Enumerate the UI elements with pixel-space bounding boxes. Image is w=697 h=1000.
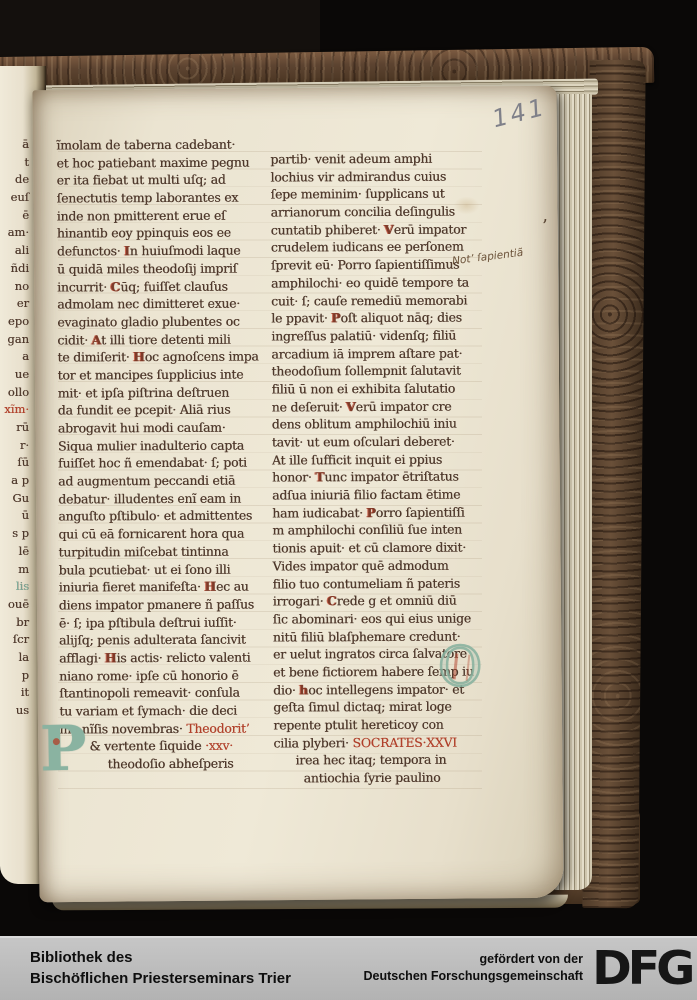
manuscript-line: At ille ſufficit inquit ei ppius: [272, 450, 486, 469]
manuscript-line: arrianorum concilia deſingulis: [271, 203, 485, 222]
funding-line1: gefördert von der: [364, 951, 584, 968]
manuscript-text: ĩmolam de taberna cadebant·: [56, 137, 235, 153]
facing-page-fragment: r·: [2, 437, 29, 455]
manuscript-text: cuntatib phiberet·: [271, 222, 385, 238]
manuscript-text: dio·: [273, 682, 299, 697]
manuscript-text: orro ſapientiſſi: [376, 504, 465, 519]
manuscript-text: fuiſſet hoc ñ emendabat· ſ; poti: [58, 455, 247, 471]
manuscript-text: ūq; fuiſſet clauſus: [120, 278, 227, 294]
manuscript-line: qui cū eā fornicarent hora qua: [58, 525, 270, 544]
left-page-fragments: ātdeeuſēam·aliñdinoerepoganaueolloxĩm·rū…: [2, 136, 29, 720]
manuscript-line: & vertente ſiquide ·xxv·: [89, 737, 271, 756]
manuscript-text: bula pcutiebat· ut ei ſono illi: [59, 561, 231, 577]
manuscript-text: iniuria fieret manifeſta·: [59, 579, 205, 595]
manuscript-text: theodoſio abheſperis: [108, 756, 234, 772]
manuscript-text: adſua iniuriā filio factam ētime: [272, 487, 460, 503]
manuscript-text: m amphilochi conſiliū ſue inten: [272, 522, 462, 538]
manuscript-line: irrogari· Crede g et omniū diū: [273, 592, 487, 611]
illuminated-initial-p: P: [39, 718, 87, 781]
manuscript-line: tu variam et ſymach· die deci: [59, 701, 271, 720]
manuscript-line: ad augmentum peccandi etiā: [58, 472, 270, 491]
facing-page-fragment: ā: [2, 136, 29, 154]
manuscript-line: anguſto pſtibulo· et admittentes: [58, 507, 270, 526]
manuscript-line: turpitudin miſcebat tintinna: [58, 542, 270, 561]
facing-page-fragment: p: [2, 667, 29, 685]
manuscript-text: C: [327, 593, 337, 608]
manuscript-text: ne deſeruit·: [272, 399, 347, 414]
manuscript-text: A: [92, 332, 102, 347]
manuscript-line: irea hec itaq; tempora in: [295, 751, 487, 770]
manuscript-text: P: [367, 505, 376, 520]
facing-page-fragment: am·: [2, 224, 29, 242]
manuscript-text: H: [133, 349, 145, 364]
manuscript-text: er ita fiebat ut multi uſq; ad: [57, 172, 226, 188]
manuscript-line: hinantib eoy ppinquis eos ee: [57, 224, 269, 243]
manuscript-line: tavit· ut eum oſculari deberet·: [272, 432, 486, 451]
manuscript-text: ham iudicabat·: [272, 505, 366, 520]
facing-page-fragment: xĩm·: [2, 401, 29, 419]
facing-page-fragment: br: [2, 614, 29, 632]
manuscript-line: Siqua mulier inadulterio capta: [58, 436, 270, 455]
manuscript-text: tionis apuit· et cū clamore dixit·: [272, 540, 466, 556]
facing-page-fragment: Gu: [2, 490, 29, 508]
manuscript-text: diens impator pmanere ñ paſſus: [59, 596, 254, 612]
manuscript-line: diens impator pmanere ñ paſſus: [59, 595, 271, 614]
manuscript-line: lochius vir admirandus cuius: [270, 167, 484, 186]
manuscript-text: oc agnoſcens impa: [145, 349, 259, 365]
facing-page-fragment: ſcr: [2, 631, 29, 649]
manuscript-text: cuit· ſ; cauſe remediū memorabi: [271, 292, 467, 308]
manuscript-line: cuntatib phiberet· Verū impator: [271, 220, 485, 239]
manuscript-text: et hoc patiebant maxime pegnu: [56, 154, 249, 170]
manuscript-text: honor·: [272, 470, 315, 485]
facing-page-fragment: t: [2, 154, 29, 172]
manuscript-text: cidit·: [57, 332, 91, 347]
facing-page-fragment: m: [2, 561, 29, 579]
library-credit: Bibliothek des Bischöflichen Priestersem…: [30, 947, 291, 989]
facing-page-fragment: ue: [2, 366, 29, 384]
manuscript-line: ma nĩſis novembras· Theodorit’: [59, 719, 271, 738]
manuscript-text: admolam nec dimitteret exue·: [57, 296, 240, 312]
manuscript-line: Vides impator quē admodum: [272, 556, 486, 575]
manuscript-line: le ppavit· Poſt aliquot nāq; dies: [271, 309, 485, 328]
manuscript-text: erū impator cre: [356, 398, 452, 414]
manuscript-line: cidit· At illi tiore detenti mili: [57, 330, 269, 349]
manuscript-text: ſenectutis temp laborantes ex: [57, 190, 239, 206]
manuscript-text: partib· venit adeum amphi: [270, 151, 432, 167]
manuscript-line: fuiſſet hoc ñ emendabat· ſ; poti: [58, 454, 270, 473]
manuscript-line: inde non pmitterent erue eſ: [57, 206, 269, 225]
facing-page-fragment: ſū: [2, 454, 29, 472]
manuscript-text: Vides impator quē admodum: [272, 557, 448, 573]
manuscript-text: unc impator ētriſtatus: [324, 469, 458, 485]
manuscript-line: ſic abominari· eos qui eius unige: [273, 609, 487, 628]
manuscript-line: theodoſio abheſperis: [108, 755, 272, 774]
manuscript-line: ſtantinopoli remeavit· conſula: [59, 684, 271, 703]
manuscript-text: is actis· relicto valenti: [116, 649, 250, 665]
manuscript-text: evaginato gladio plubentes oc: [57, 313, 239, 329]
funding-line2: Deutschen Forschungsgemeinschaft: [364, 968, 584, 985]
manuscript-text: erū impator: [394, 221, 466, 236]
facing-page-fragment: gan: [2, 331, 29, 349]
facing-page-fragment: it: [2, 684, 29, 702]
manuscript-text: dens oblitum amphilochiū iniu: [272, 416, 457, 432]
manuscript-text: Siqua mulier inadulterio capta: [58, 437, 244, 453]
manuscript-line: debatur· illudentes enĩ eam in: [58, 489, 270, 508]
manuscript-line: antiochia ſyrie paulino: [304, 768, 488, 787]
manuscript-text: arcadium iā imprem aſtare pat·: [271, 345, 462, 361]
manuscript-line: afflagi· His actis· relicto valenti: [59, 648, 271, 667]
manuscript-text: H: [204, 579, 216, 594]
digitization-banner: Bibliothek des Bischöflichen Priestersem…: [0, 936, 697, 1000]
manuscript-line: filiū ū non ei exhibita ſalutatio: [272, 379, 486, 398]
manuscript-text: irea hec itaq; tempora in: [295, 752, 446, 768]
manuscript-text: debatur· illudentes enĩ eam in: [58, 490, 241, 506]
manuscript-text: tor et mancipes ſupplicius inte: [58, 367, 244, 383]
manuscript-line: admolam nec dimitteret exue·: [57, 295, 269, 314]
facing-page-fragment: ē: [2, 207, 29, 225]
manuscript-text: niano rome· ipſe cū honorio ē: [59, 667, 238, 683]
manuscript-text: amphilochi· eo quidē tempore ta: [271, 274, 469, 290]
manuscript-line: ſepe meminim· ſupplicans ut: [271, 185, 485, 204]
rubric-text: SOCRATES·XXVI: [352, 734, 456, 750]
manuscript-text: irrogari·: [273, 593, 327, 608]
digitized-manuscript-photo: ātdeeuſēam·aliñdinoerepoganaueolloxĩm·rū…: [0, 0, 697, 1000]
manuscript-line: ne deſeruit· Verū impator cre: [272, 397, 486, 416]
manuscript-line: niano rome· ipſe cū honorio ē: [59, 666, 271, 685]
facing-page-fragment: ollo: [2, 384, 29, 402]
manuscript-text: ſtantinopoli remeavit· conſula: [59, 685, 239, 701]
manuscript-text: inde non pmitterent erue eſ: [57, 207, 226, 223]
manuscript-line: defunctos· In huiuſmodi laque: [57, 242, 269, 261]
manuscript-line: alijſq; penis adulterata ſancivit: [59, 631, 271, 650]
manuscript-line: incurrit· Cūq; fuiſſet clauſus: [57, 277, 269, 296]
manuscript-line: ĩmolam de taberna cadebant·: [56, 135, 268, 154]
manuscript-line: m amphilochi conſiliū ſue inten: [272, 521, 486, 540]
facing-page-fragment: a: [2, 348, 29, 366]
library-line2: Bischöflichen Priesterseminars Trier: [30, 968, 291, 989]
manuscript-text: defunctos·: [57, 243, 124, 258]
manuscript-line: adſua iniuriā filio factam ētime: [272, 486, 486, 505]
manuscript-text: hinantib eoy ppinquis eos ee: [57, 225, 231, 241]
margin-flourish-mark: ’: [542, 216, 548, 237]
manuscript-line: cilia plyberi· SOCRATES·XXVI: [273, 733, 487, 752]
manuscript-line: amphilochi· eo quidē tempore ta: [271, 273, 485, 292]
manuscript-text: V: [346, 399, 356, 414]
manuscript-line: ingreſſus palatiū· videnſq; filiū: [271, 326, 485, 345]
facing-page-fragment: ñdi: [2, 260, 29, 278]
manuscript-text: turpitudin miſcebat tintinna: [58, 543, 228, 559]
facing-page-fragment: ouē: [2, 596, 29, 614]
manuscript-text: H: [105, 650, 117, 665]
manuscript-line: arcadium iā imprem aſtare pat·: [271, 344, 485, 363]
manuscript-text: t illi tiore detenti mili: [101, 331, 230, 347]
facing-page-fragment: no: [2, 278, 29, 296]
manuscript-text: te dimiſerit·: [57, 349, 133, 364]
manuscript-line: bula pcutiebat· ut ei ſono illi: [59, 560, 271, 579]
manuscript-text: abrogavit hui modi cauſam·: [58, 420, 226, 436]
manuscript-line: ū quidā miles theodoſij impriſ: [57, 259, 269, 278]
manuscript-line: cuit· ſ; cauſe remediū memorabi: [271, 291, 485, 310]
facing-page-fragment: er: [2, 295, 29, 313]
facing-page-fragment: la: [2, 649, 29, 667]
manuscript-line: ē· ſ; ipa pſtibula deſtrui iuſſit·: [59, 613, 271, 632]
manuscript-text: V: [384, 222, 394, 237]
manuscript-text: antiochia ſyrie paulino: [304, 770, 441, 786]
manuscript-text: h: [299, 682, 308, 697]
facing-page-fragment: us: [2, 702, 29, 720]
manuscript-line: ham iudicabat· Porro ſapientiſſi: [272, 503, 486, 522]
manuscript-line: honor· Tunc impator ētriſtatus: [272, 468, 486, 487]
manuscript-line: repente ptulit hereticoy con: [273, 715, 487, 734]
manuscript-line: abrogavit hui modi cauſam·: [58, 418, 270, 437]
facing-page-fragment: ū: [2, 507, 29, 525]
manuscript-line: dens oblitum amphilochiū iniu: [272, 415, 486, 434]
facing-page-fragment: euſ: [2, 189, 29, 207]
library-line1: Bibliothek des: [30, 947, 291, 968]
manuscript-text: repente ptulit hereticoy con: [273, 717, 443, 733]
manuscript-text: geſta ſimul dictaq; mirat loge: [273, 699, 451, 715]
manuscript-line: mit· et ipſa piſtrina deſtruen: [58, 383, 270, 402]
manuscript-text: incurrit·: [57, 279, 111, 294]
manuscript-text: ū quidā miles theodoſij impriſ: [57, 260, 237, 276]
manuscript-text: ſic abominari· eos qui eius unige: [273, 610, 471, 626]
manuscript-text: arrianorum concilia deſingulis: [271, 204, 455, 220]
rubric-text: Theodorit’: [186, 720, 249, 735]
manuscript-text: & vertente ſiquide: [89, 738, 205, 754]
manuscript-text: At ille ſufficit inquit ei ppius: [272, 451, 442, 467]
manuscript-text: qui cū eā fornicarent hora qua: [58, 526, 244, 542]
manuscript-text: P: [331, 310, 340, 325]
manuscript-text: da fundit ee pcepit· Aliā rius: [58, 402, 231, 418]
manuscript-text: anguſto pſtibulo· et admittentes: [58, 508, 252, 524]
facing-page-fragment: de: [2, 171, 29, 189]
facing-page-fragment: s p: [2, 525, 29, 543]
manuscript-line: tionis apuit· et cū clamore dixit·: [272, 539, 486, 558]
manuscript-text: rede g et omniū diū: [337, 593, 457, 609]
manuscript-line: te dimiſerit· Hoc agnoſcens impa: [57, 348, 269, 367]
manuscript-line: evaginato gladio plubentes oc: [57, 312, 269, 331]
manuscript-text: filiū ū non ei exhibita ſalutatio: [272, 381, 456, 397]
manuscript-text: alijſq; penis adulterata ſancivit: [59, 632, 246, 648]
manuscript-line: theodoſium ſollempnit ſalutavit: [271, 362, 485, 381]
illuminated-initial-o: O: [438, 640, 482, 694]
manuscript-line: ſenectutis temp laborantes ex: [57, 189, 269, 208]
text-column-left: ĩmolam de taberna cadebant·et hoc patieb…: [56, 135, 271, 773]
manuscript-text: n huiuſmodi laque: [130, 243, 241, 259]
manuscript-text: tavit· ut eum oſculari deberet·: [272, 434, 455, 450]
facing-page-fragment: lis: [2, 578, 29, 596]
manuscript-text: cilia plyberi·: [273, 735, 352, 750]
manuscript-text: C: [111, 279, 121, 294]
manuscript-line: partib· venit adeum amphi: [270, 149, 484, 168]
manuscript-text: ec au: [216, 579, 249, 594]
manuscript-text: ē· ſ; ipa pſtibula deſtrui iuſſit·: [59, 614, 237, 630]
manuscript-text: lochius vir admirandus cuius: [270, 168, 446, 184]
facing-page-fragment: a p: [2, 472, 29, 490]
manuscript-text: crudelem iudicans ee perſonem: [271, 239, 464, 255]
manuscript-text: ingreſſus palatiū· videnſq; filiū: [271, 327, 456, 343]
rubric-text: ·xxv·: [205, 738, 233, 753]
manuscript-line: et hoc patiebant maxime pegnu: [56, 153, 268, 172]
manuscript-text: nitū filiū blaſphemare credunt·: [273, 628, 461, 644]
manuscript-line: da fundit ee pcepit· Aliā rius: [58, 401, 270, 420]
manuscript-text: le ppavit·: [271, 310, 331, 325]
facing-page-fragment: epo: [2, 313, 29, 331]
funding-credit: gefördert von der Deutschen Forschungsge…: [364, 951, 584, 985]
manuscript-text: theodoſium ſollempnit ſalutavit: [271, 363, 460, 379]
manuscript-text: T: [315, 470, 324, 485]
manuscript-text: ſprevit eū· Porro ſapientiſſimus: [271, 257, 459, 273]
manuscript-line: filio tuo contumeliam ñ pateris: [273, 574, 487, 593]
manuscript-line: tor et mancipes ſupplicius inte: [58, 365, 270, 384]
manuscript-line: crudelem iudicans ee perſonem: [271, 238, 485, 257]
manuscript-text: ad augmentum peccandi etiā: [58, 473, 235, 489]
facing-page-fragment: ali: [2, 242, 29, 260]
manuscript-text: oſt aliquot nāq; dies: [340, 310, 461, 326]
manuscript-text: mit· et ipſa piſtrina deſtruen: [58, 384, 229, 400]
manuscript-line: er ita fiebat ut multi uſq; ad: [57, 171, 269, 190]
facing-page-fragment: rū: [2, 419, 29, 437]
manuscript-text: filio tuo contumeliam ñ pateris: [273, 575, 460, 591]
facing-page-fragment: lē: [2, 543, 29, 561]
dfg-logo: DFG: [592, 936, 691, 1000]
manuscript-line: geſta ſimul dictaq; mirat loge: [273, 698, 487, 717]
manuscript-text: afflagi·: [59, 650, 105, 665]
manuscript-text: ſepe meminim· ſupplicans ut: [271, 186, 445, 202]
manuscript-line: iniuria fieret manifeſta· Hec au: [59, 578, 271, 597]
